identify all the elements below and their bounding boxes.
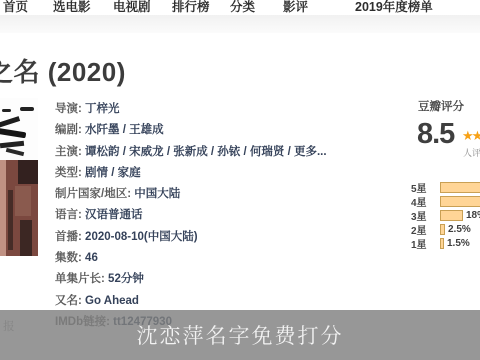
bar-fill [440,224,445,235]
ratings-count-partial[interactable]: 人评价 [463,146,480,159]
nav-item-yearlist[interactable]: 2019年度榜单 [355,0,433,15]
info-row-aka: 又名: Go Ahead [55,291,395,312]
info-label: 单集片长: [55,273,105,285]
info-row-writers: 编剧: 水阡墨 / 王雄成 [55,120,395,141]
nav-divider-band [0,15,480,33]
bar-fill [440,196,480,207]
bar-percent: 1.5% [447,238,470,249]
episodes-value: 46 [85,252,98,264]
info-row-runtime: 单集片长: 52分钟 [55,269,395,290]
caption-overlay: 沈恋萍名字免费打分 [0,310,480,360]
info-row-genre: 类型: 剧情 / 家庭 [55,163,395,184]
rating-bar-1star: 1星 1.5% [405,236,480,250]
info-label: 制片国家/地区: [55,188,131,200]
nav-item-tv[interactable]: 电视剧 [113,0,151,15]
genre-value: 剧情 / 家庭 [85,167,141,179]
rating-bar-5star: 5星 [405,180,480,194]
info-row-episodes: 集数: 46 [55,248,395,269]
page-title: 之名 (2020) [0,52,126,89]
nav-item-reviews[interactable]: 影评 [283,0,308,15]
premiere-value: 2020-08-10(中国大陆) [85,231,197,243]
poster-art-top [0,98,38,160]
bar-label: 4星 [411,194,434,209]
info-label: 语言: [55,209,82,221]
bar-label: 3星 [411,208,434,223]
nav-item-category[interactable]: 分类 [230,0,255,15]
rating-header: 豆瓣评分 [418,98,480,114]
writers-links[interactable]: 水阡墨 / 王雄成 [85,124,164,136]
bar-percent: 2.5% [448,224,471,235]
movie-poster[interactable] [0,98,38,256]
nav-item-ranking[interactable]: 排行榜 [172,0,210,15]
info-row-premiere: 首播: 2020-08-10(中国大陆) [55,227,395,248]
rating-bar-2star: 2星 2.5% [405,222,480,236]
region-value: 中国大陆 [134,188,180,200]
rating-panel: 豆瓣评分 8.5 ★★★★★ 人评价 5星 4星 3星 18% 2星 2.5% … [405,98,480,250]
info-label: 首播: [55,231,82,243]
top-nav: 首页 选电影 电视剧 排行榜 分类 影评 2019年度榜单 [0,0,480,15]
movie-info: 导演: 丁梓光 编剧: 水阡墨 / 王雄成 主演: 谭松韵 / 宋威龙 / 张新… [55,99,395,333]
rating-bar-4star: 4星 [405,194,480,208]
aka-value: Go Ahead [85,295,139,307]
bar-fill [440,182,480,193]
nav-item-movies[interactable]: 选电影 [53,0,91,15]
nav-item-home[interactable]: 首页 [3,0,28,15]
info-label: 类型: [55,167,82,179]
info-label: 主演: [55,146,82,158]
info-label: 编剧: [55,124,82,136]
info-label: 导演: [55,103,82,115]
info-row-language: 语言: 汉语普通话 [55,205,395,226]
info-row-region: 制片国家/地区: 中国大陆 [55,184,395,205]
bar-fill [440,238,444,249]
rating-score: 8.5 [417,118,454,151]
info-row-director: 导演: 丁梓光 [55,99,395,120]
info-label: 又名: [55,295,82,307]
star-icons: ★★★★★ [462,128,480,144]
info-label: 集数: [55,252,82,264]
director-link[interactable]: 丁梓光 [85,103,120,115]
info-row-cast: 主演: 谭松韵 / 宋威龙 / 张新成 / 孙铱 / 何瑞贤 / 更多... [55,142,395,163]
rating-distribution: 5星 4星 3星 18% 2星 2.5% 1星 1.5% [405,180,480,250]
language-value: 汉语普通话 [85,209,143,221]
bar-percent: 18% [466,210,480,221]
overlay-caption-text: 沈恋萍名字免费打分 [137,320,344,350]
cast-links[interactable]: 谭松韵 / 宋威龙 / 张新成 / 孙铱 / 何瑞贤 / 更多... [85,146,327,158]
bar-label: 5星 [411,180,434,195]
runtime-value: 52分钟 [108,273,144,285]
bar-label: 1星 [411,236,434,251]
rating-bar-3star: 3星 18% [405,208,480,222]
bar-label: 2星 [411,222,434,237]
bar-fill [440,210,463,221]
poster-photo [0,160,38,256]
